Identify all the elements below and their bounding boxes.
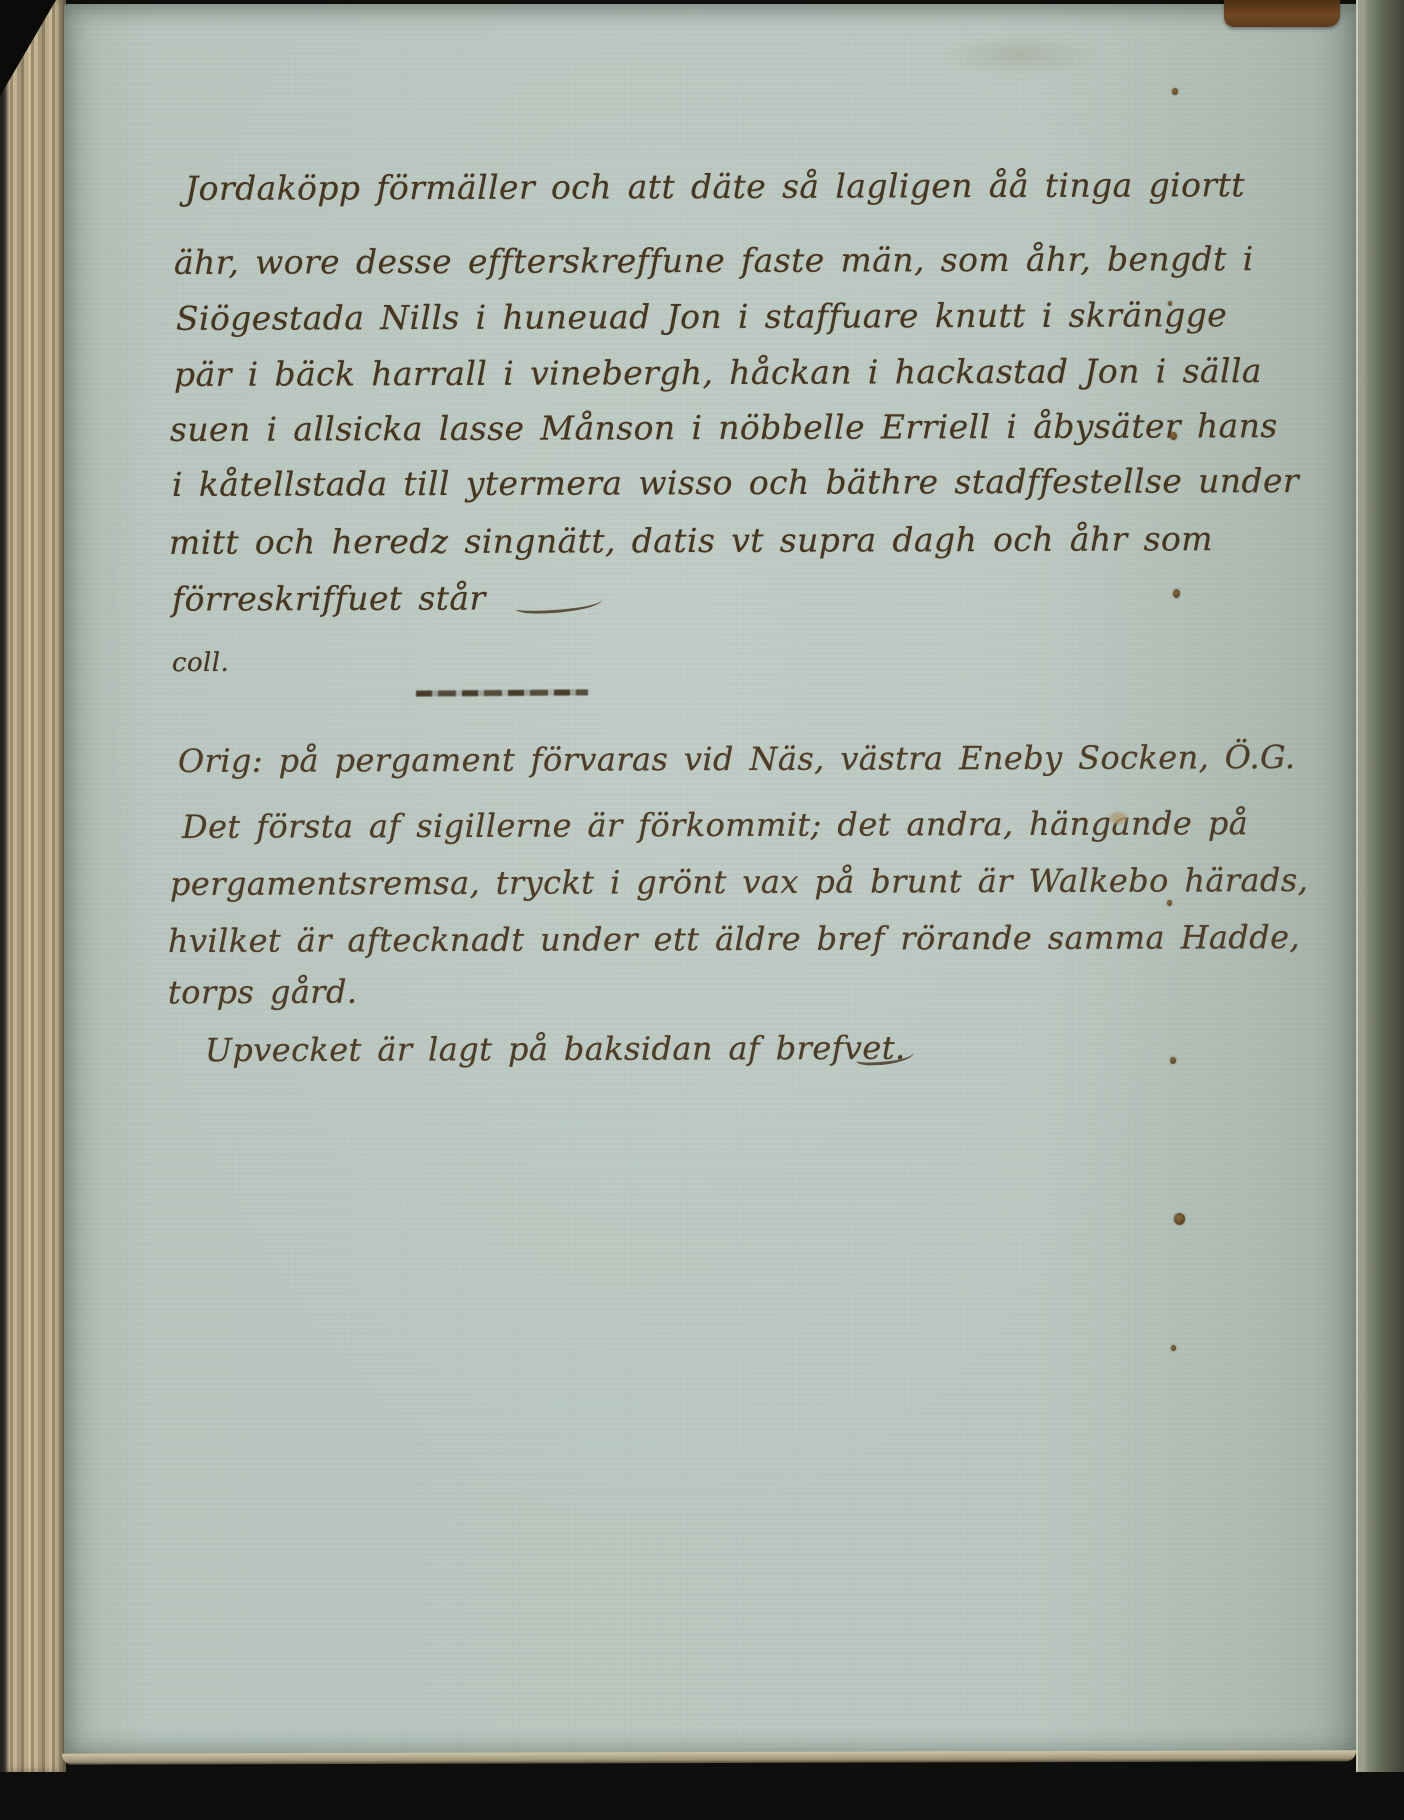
manuscript-line: i kåtellstada till ytermera wisso och bä… — [172, 461, 1299, 505]
manuscript-line: suen i allsicka lasse Månson i nöbbelle … — [170, 406, 1278, 449]
bottom-page-edge — [62, 1750, 1356, 1764]
wormhole-speck — [1173, 589, 1180, 598]
scanned-book-photo: { "document": { "paper_color": "#b8c6bf"… — [0, 0, 1404, 1820]
wormhole-speck — [1168, 301, 1172, 306]
provenance-note-line: Orig: på pergament förvaras vid Näs, väs… — [178, 738, 1296, 780]
section-divider-rule — [416, 689, 588, 696]
next-page-edge — [1356, 0, 1404, 1772]
seal-note-line: pergamentsremsa, tryckt i grönt vax på b… — [170, 861, 1308, 903]
book-spine-page-edges — [0, 0, 66, 1772]
wormhole-speck — [1174, 1213, 1185, 1225]
collation-mark: coll. — [172, 648, 229, 679]
seal-note-line: torps gård. — [168, 973, 358, 1012]
manuscript-line: mitt och heredz singnätt, datis vt supra… — [169, 519, 1213, 562]
pen-flourish — [516, 595, 603, 615]
wormhole-speck — [1167, 900, 1172, 906]
seal-note-line: Det första af sigillerne är förkommit; d… — [182, 804, 1248, 846]
wormhole-speck — [1170, 1057, 1176, 1064]
manuscript-line: Jordaköpp förmäller och att däte så lagl… — [185, 165, 1245, 208]
manuscript-line: förreskriffuet står — [172, 578, 486, 619]
endorsement-note-line: Upvecket är lagt på baksidan af brefvet. — [205, 1029, 906, 1070]
manuscript-line: ähr, wore desse effterskreffune faste mä… — [174, 239, 1254, 282]
paper-stain — [1110, 812, 1127, 824]
seal-note-line: hvilket är aftecknadt under ett äldre br… — [168, 918, 1300, 960]
manuscript-page: Jordaköpp förmäller och att däte så lagl… — [64, 4, 1358, 1760]
leather-cover-patch — [1224, 0, 1340, 27]
wormhole-speck — [1170, 432, 1177, 440]
manuscript-line: pär i bäck harrall i vinebergh, håckan i… — [174, 351, 1262, 394]
wormhole-speck — [1171, 1345, 1176, 1351]
faded-ink-smudge — [940, 34, 1100, 76]
wormhole-speck — [1172, 88, 1178, 95]
manuscript-line: Siögestada Nills i huneuad Jon i staffua… — [176, 295, 1227, 338]
